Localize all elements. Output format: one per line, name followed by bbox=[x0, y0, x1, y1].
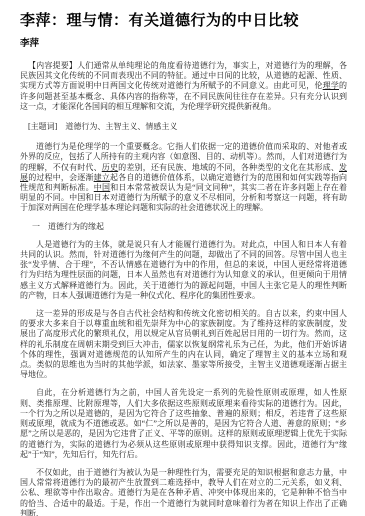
text-run: 自此，在分析道德行为之前，中国人首先设定一系列的先验性原则或原理，如人性原则、类… bbox=[20, 388, 347, 458]
linked-keyword[interactable]: 中国 bbox=[94, 183, 110, 192]
linked-keyword[interactable]: 历史 bbox=[102, 163, 118, 172]
text-run: 一 道德行为的缘起 bbox=[32, 222, 104, 231]
body-paragraph: 不仅如此，由于道德行为被认为是一种理性行为，需要充足的知识根据和意志力量，中国人… bbox=[20, 468, 347, 516]
section-heading: 一 道德行为的缘起 bbox=[20, 222, 347, 232]
article-body: 【内容提要】人们通常从单纯理论的角度看待道德行为，事实上，对道德行为的理解，各民… bbox=[20, 61, 347, 516]
text-run: 的过程中，会逐渐 bbox=[28, 173, 93, 182]
page-title: 李萍：理与情：有关道德行为的中日比较 bbox=[20, 12, 347, 30]
keywords-line: [主题词] 道德行为、主智主义、情感主义 bbox=[20, 122, 347, 132]
body-paragraph: 自此，在分析道德行为之前，中国人首先设定一系列的先验性原则或原理，如人性原则、类… bbox=[20, 388, 347, 459]
text-run: 不仅如此，由于道德行为被认为是一种理性行为，需要充足的知识根据和意志力量，中国人… bbox=[20, 468, 347, 516]
abstract-paragraph: 【内容提要】人们通常从单纯理论的角度看待道德行为，事实上，对道德行为的理解，各民… bbox=[20, 61, 347, 112]
text-run: 这一差异的形成是与各自古代社会结构和传统文化密切相关的。自古以来，约束中国人的要… bbox=[20, 309, 347, 379]
article-page: 李萍：理与情：有关道德行为的中日比较 李萍 【内容提要】人们通常从单纯理论的角度… bbox=[0, 0, 365, 516]
linked-keyword[interactable]: 理学 bbox=[323, 81, 339, 90]
linked-keyword[interactable]: 建立 bbox=[94, 173, 110, 182]
text-run: 的差别，还有民族、地域的不同，各种类型的文化在其形成、 bbox=[118, 163, 339, 172]
body-paragraph: 人是道德行为的主体，就是说只有人才能履行道德行为。对此点，中国人和日本人有着共同… bbox=[20, 240, 347, 301]
body-paragraph: 道德行为是伦理学的一个重要概念。它指人们依据一定的道德价值而采取的、对他者或外界… bbox=[20, 142, 347, 213]
body-paragraph: 这一差异的形成是与各自古代社会结构和传统文化密切相关的。自古以来，约束中国人的要… bbox=[20, 309, 347, 380]
text-run: 【内容提要】人们通常从单纯理论的角度看待道德行为，事实上，对道德行为的理解，各民… bbox=[20, 61, 347, 90]
text-run: [主题词] 道德行为、主智主义、情感主义 bbox=[28, 122, 177, 131]
text-run: 人是道德行为的主体，就是说只有人才能履行道德行为。对此点，中国人和日本人有着共同… bbox=[20, 240, 347, 300]
author-name: 李萍 bbox=[20, 38, 347, 49]
